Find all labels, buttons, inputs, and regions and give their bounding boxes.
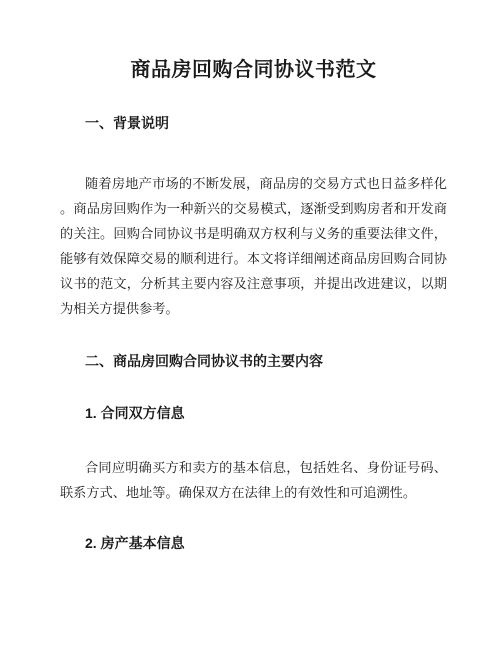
paragraph-line: 的关注。回购合同协议书是明确双方权利与义务的重要法律文件， xyxy=(60,221,447,246)
document-title: 商品房回购合同协议书范文 xyxy=(60,57,447,83)
section-heading-background: 一、背景说明 xyxy=(85,114,169,132)
subsection-heading-parties-info: 1. 合同双方信息 xyxy=(85,404,185,422)
parties-info-paragraph: 合同应明确买方和卖方的基本信息，包括姓名、身份证号码、 联系方式、地址等。确保双… xyxy=(60,455,447,505)
paragraph-line: 为相关方提供参考。 xyxy=(60,296,447,321)
paragraph-line: 。商品房回购作为一种新兴的交易模式，逐渐受到购房者和开发商 xyxy=(60,196,447,221)
subsection-heading-property-info: 2. 房产基本信息 xyxy=(85,534,185,552)
paragraph-line: 联系方式、地址等。确保双方在法律上的有效性和可追溯性。 xyxy=(60,480,447,505)
intro-paragraph: 随着房地产市场的不断发展，商品房的交易方式也日益多样化 。商品房回购作为一种新兴… xyxy=(60,171,447,321)
paragraph-line: 议书的范文，分析其主要内容及注意事项，并提出改进建议，以期 xyxy=(60,271,447,296)
section-heading-main-content: 二、商品房回购合同协议书的主要内容 xyxy=(85,352,323,370)
paragraph-line: 能够有效保障交易的顺利进行。本文将详细阐述商品房回购合同协 xyxy=(60,246,447,271)
paragraph-line: 随着房地产市场的不断发展，商品房的交易方式也日益多样化 xyxy=(60,171,447,196)
paragraph-line: 合同应明确买方和卖方的基本信息，包括姓名、身份证号码、 xyxy=(60,455,447,480)
document-page: 商品房回购合同协议书范文 一、背景说明 随着房地产市场的不断发展，商品房的交易方… xyxy=(0,0,500,647)
